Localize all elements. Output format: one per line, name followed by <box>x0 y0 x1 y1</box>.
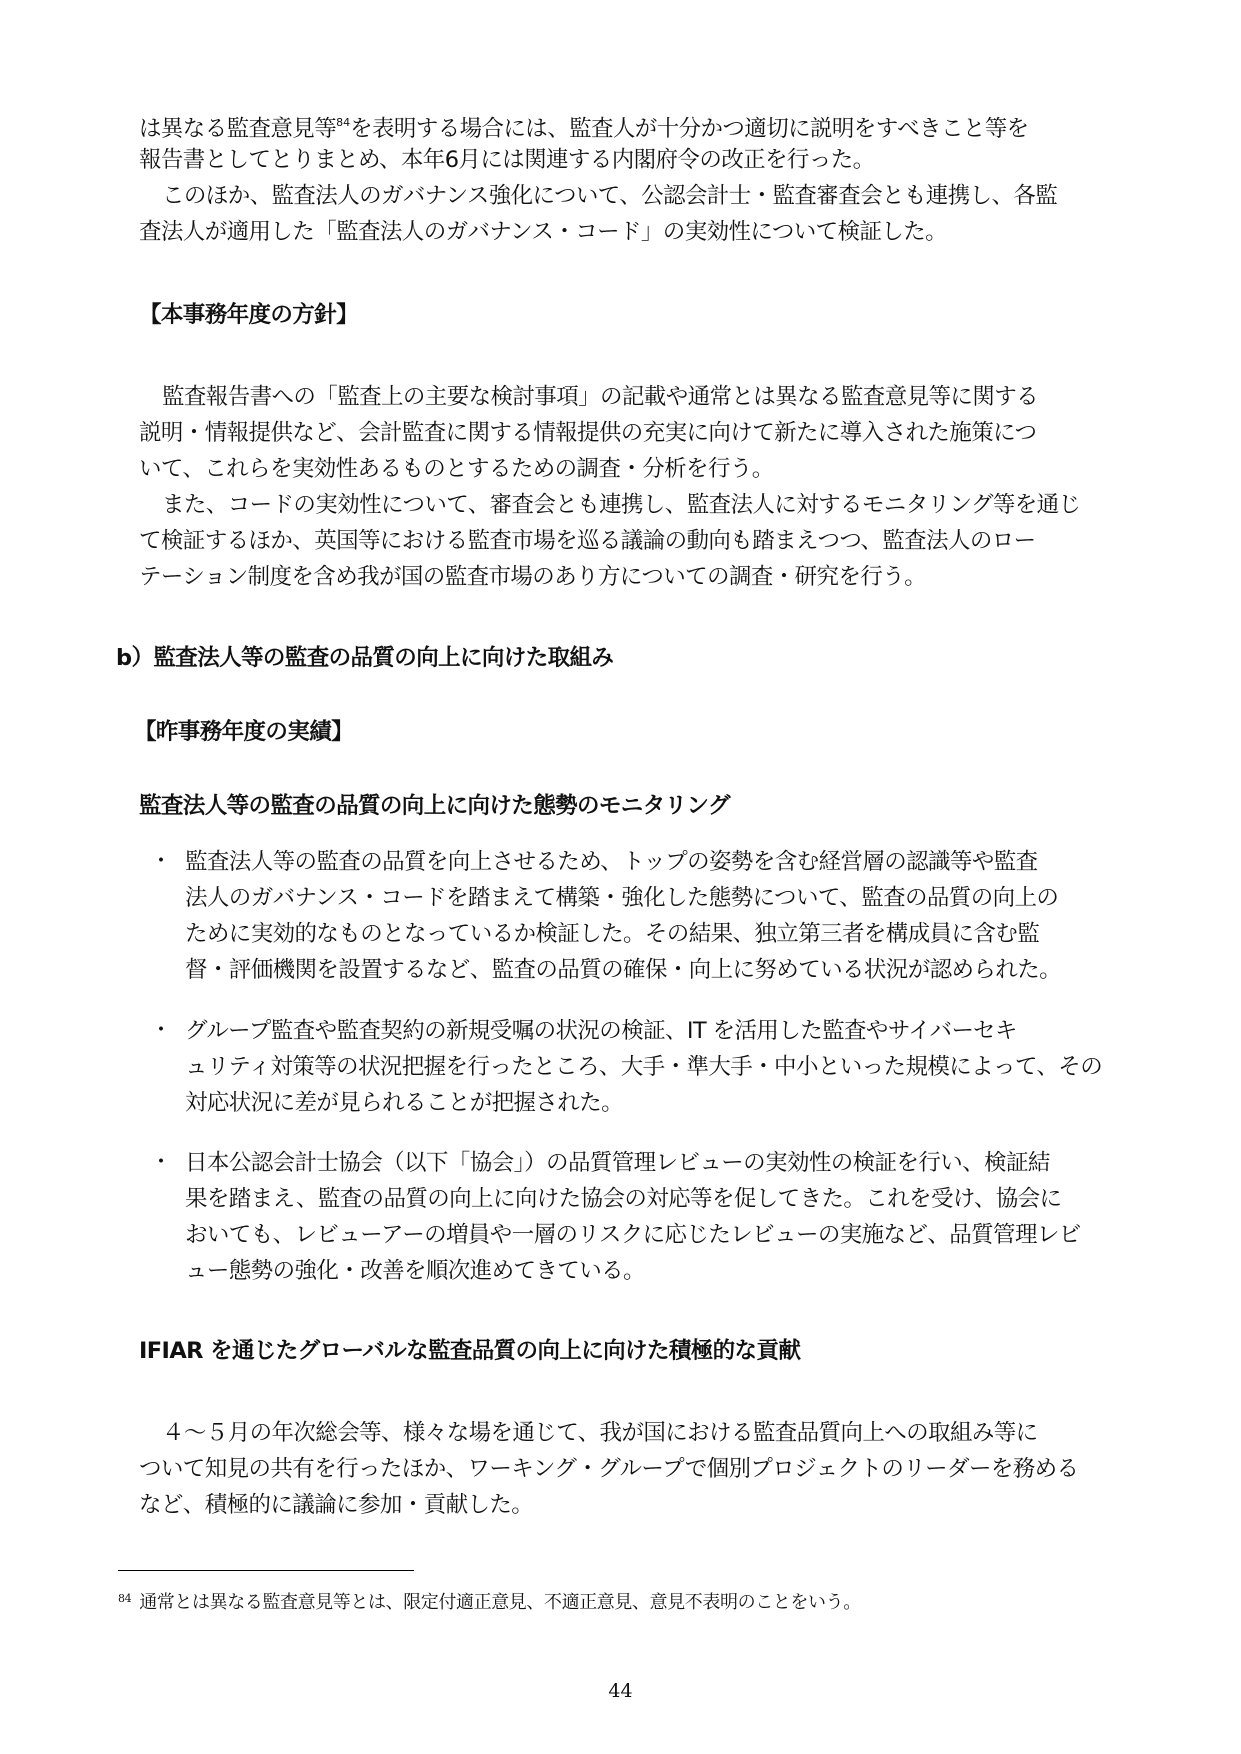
paragraph-line: ついて知見の共有を行ったほか、ワーキング・グループで個別プロジェクトのリーダーを… <box>139 1454 1078 1484</box>
bullet-icon: ・ <box>150 847 172 877</box>
bullet-line: 日本公認会計士協会（以下「協会」）の品質管理レビューの実効性の検証を行い、検証結 <box>185 1148 1050 1178</box>
paragraph-line: テーション制度を含め我が国の監査市場のあり方についての調査・研究を行う。 <box>139 562 926 592</box>
subsection-heading: 【昨事務年度の実績】 <box>134 717 353 747</box>
page-number: 44 <box>0 1680 1241 1702</box>
topic-heading: IFIAR を通じたグローバルな監査品質の向上に向けた積極的な貢献 <box>139 1336 800 1366</box>
bullet-line: ュリティ対策等の状況把握を行ったところ、大手・準大手・中小といった規模によって、… <box>185 1052 1102 1082</box>
paragraph-line: 監査報告書への「監査上の主要な検討事項」の記載や通常とは異なる監査意見等に関する <box>162 382 1038 412</box>
bullet-line: 督・評価機関を設置するなど、監査の品質の確保・向上に努めている状況が認められた。 <box>185 955 1061 985</box>
paragraph-line: 説明・情報提供など、会計監査に関する情報提供の充実に向けて新たに導入された施策に… <box>139 418 1036 448</box>
bullet-line: おいても、レビューアーの増員や一層のリスクに応じたレビューの実施など、品質管理レ… <box>185 1220 1081 1250</box>
paragraph-line: て検証するほか、英国等における監査市場を巡る議論の動向も踏まえつつ、監査法人のロ… <box>139 526 1036 556</box>
paragraph-line: 査法人が適用した「監査法人のガバナンス・コード」の実効性について検証した。 <box>139 217 947 247</box>
section-heading: 【本事務年度の方針】 <box>139 300 358 330</box>
bullet-icon: ・ <box>150 1148 172 1178</box>
topic-heading: 監査法人等の監査の品質の向上に向けた態勢のモニタリング <box>139 791 730 821</box>
paragraph-line: このほか、監査法人のガバナンス強化について、公認会計士・監査審査会とも連携し、各… <box>162 181 1057 211</box>
text-segment: を表明する場合には、監査人が十分かつ適切に説明をすべきこと等を <box>350 116 1028 142</box>
paragraph-line: ４～５月の年次総会等、様々な場を通じて、我が国における監査品質向上への取組み等に <box>162 1418 1038 1448</box>
bullet-line: グループ監査や監査契約の新規受嘱の状況の検証、IT を活用した監査やサイバーセキ <box>185 1016 1017 1046</box>
footnote-number: 84 <box>118 1592 131 1605</box>
footnote-reference[interactable]: 84 <box>336 116 350 129</box>
bullet-icon: ・ <box>150 1016 172 1046</box>
paragraph-line: また、コードの実効性について、審査会とも連携し、監査法人に対するモニタリング等を… <box>162 490 1080 520</box>
bullet-line: 対応状況に差が見られることが把握された。 <box>185 1088 623 1118</box>
bullet-line: ュー態勢の強化・改善を順次進めてきている。 <box>185 1256 645 1286</box>
paragraph-line: など、積極的に議論に参加・貢献した。 <box>139 1490 533 1520</box>
text-segment: は異なる監査意見等 <box>139 116 336 142</box>
bullet-line: 法人のガバナンス・コードを踏まえて構築・強化した態勢について、監査の品質の向上の <box>185 883 1058 913</box>
bullet-line: 果を踏まえ、監査の品質の向上に向けた協会の対応等を促してきた。これを受け、協会に <box>185 1184 1061 1214</box>
bullet-line: ために実効的なものとなっているか検証した。その結果、独立第三者を構成員に含む監 <box>185 919 1039 949</box>
footnote: 84通常とは異なる監査意見等とは、限定付適正意見、不適正意見、意見不表明のことを… <box>118 1586 861 1616</box>
section-heading: b）監査法人等の監査の品質の向上に向けた取組み <box>116 643 613 673</box>
paragraph-line: は異なる監査意見等84を表明する場合には、監査人が十分かつ適切に説明をすべきこと… <box>139 108 1029 144</box>
bullet-line: 監査法人等の監査の品質を向上させるため、トップの姿勢を含む経営層の認識等や監査 <box>185 847 1038 877</box>
paragraph-line: いて、これらを実効性あるものとするための調査・分析を行う。 <box>139 454 774 484</box>
footnote-divider <box>118 1570 414 1571</box>
paragraph-line: 報告書としてとりまとめ、本年6月には関連する内閣府令の改正を行った。 <box>139 145 875 175</box>
footnote-text: 通常とは異なる監査意見等とは、限定付適正意見、不適正意見、意見不表明のことをいう… <box>139 1592 861 1613</box>
